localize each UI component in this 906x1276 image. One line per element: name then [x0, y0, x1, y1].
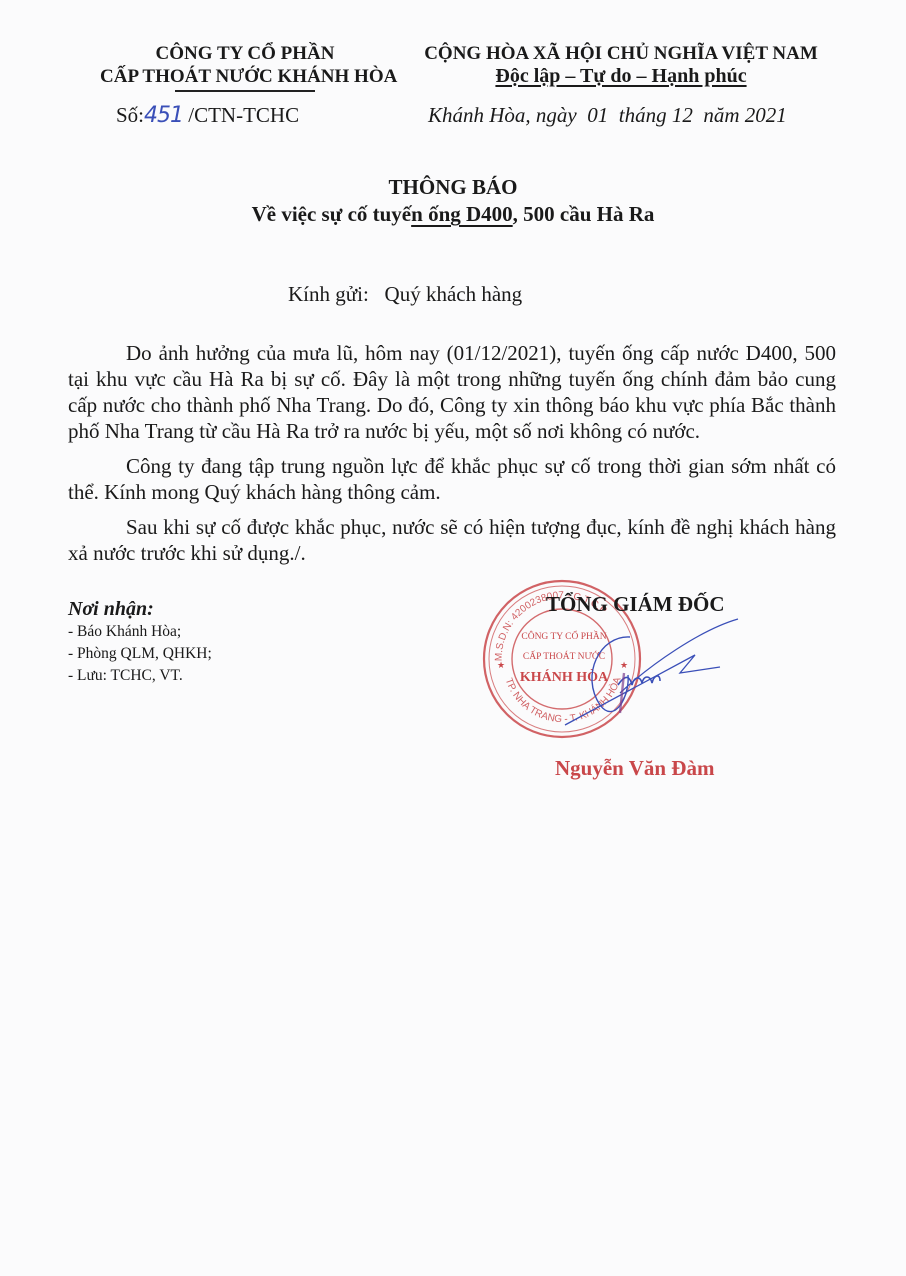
org-header: CÔNG TY CỔ PHẦN CẤP THOÁT NƯỚC KHÁNH HÒA — [100, 42, 390, 92]
handwritten-signature-icon — [560, 615, 750, 735]
document-number: Số:451 /CTN-TCHC — [116, 103, 299, 128]
nation-line: CỘNG HÒA XÃ HỘI CHỦ NGHĨA VIỆT NAM — [416, 42, 826, 65]
notice-body: Do ảnh hưởng của mưa lũ, hôm nay (01/12/… — [68, 340, 836, 575]
org-line1: CÔNG TY CỔ PHẦN — [100, 42, 390, 65]
document-page: CÔNG TY CỔ PHẦN CẤP THOÁT NƯỚC KHÁNH HÒA… — [0, 0, 906, 1276]
body-paragraph: Sau khi sự cố được khắc phục, nước sẽ có… — [68, 514, 836, 566]
subject-part: Về việc sự cố tuyế — [252, 202, 412, 226]
greeting: Kính gửi: Quý khách hàng — [288, 282, 522, 307]
body-paragraph: Do ảnh hưởng của mưa lũ, hôm nay (01/12/… — [68, 340, 836, 444]
recipients-label: Nơi nhận: — [68, 597, 212, 621]
body-paragraph: Công ty đang tập trung nguồn lực để khắc… — [68, 453, 836, 505]
notice-title: THÔNG BÁO Về việc sự cố tuyến ống D400, … — [0, 174, 906, 228]
document-number-suffix: /CTN-TCHC — [183, 103, 299, 127]
svg-text:★: ★ — [497, 660, 505, 670]
subject-part: , 500 cầu Hà Ra — [513, 202, 655, 226]
notice-heading: THÔNG BÁO — [0, 174, 906, 201]
recipient-item: - Lưu: TCHC, VT. — [68, 665, 212, 687]
subject-underlined: n ống D400 — [411, 202, 513, 226]
date-line: Khánh Hòa, ngày 01 tháng 12 năm 2021 — [428, 103, 787, 128]
document-number-label: Số: — [116, 103, 144, 127]
notice-subject: Về việc sự cố tuyến ống D400, 500 cầu Hà… — [0, 201, 906, 228]
nation-motto: Độc lập – Tự do – Hạnh phúc — [416, 65, 826, 88]
document-number-value: 451 — [144, 103, 183, 128]
recipient-item: - Phòng QLM, QHKH; — [68, 643, 212, 665]
national-header: CỘNG HÒA XÃ HỘI CHỦ NGHĨA VIỆT NAM Độc l… — [416, 42, 826, 88]
org-underline — [175, 90, 315, 92]
recipients-block: Nơi nhận: - Báo Khánh Hòa; - Phòng QLM, … — [68, 597, 212, 687]
org-line2: CẤP THOÁT NƯỚC KHÁNH HÒA — [100, 65, 390, 88]
recipient-item: - Báo Khánh Hòa; — [68, 621, 212, 643]
signatory-name: Nguyễn Văn Đàm — [555, 756, 714, 781]
signatory-title: TỔNG GIÁM ĐỐC — [546, 592, 725, 617]
